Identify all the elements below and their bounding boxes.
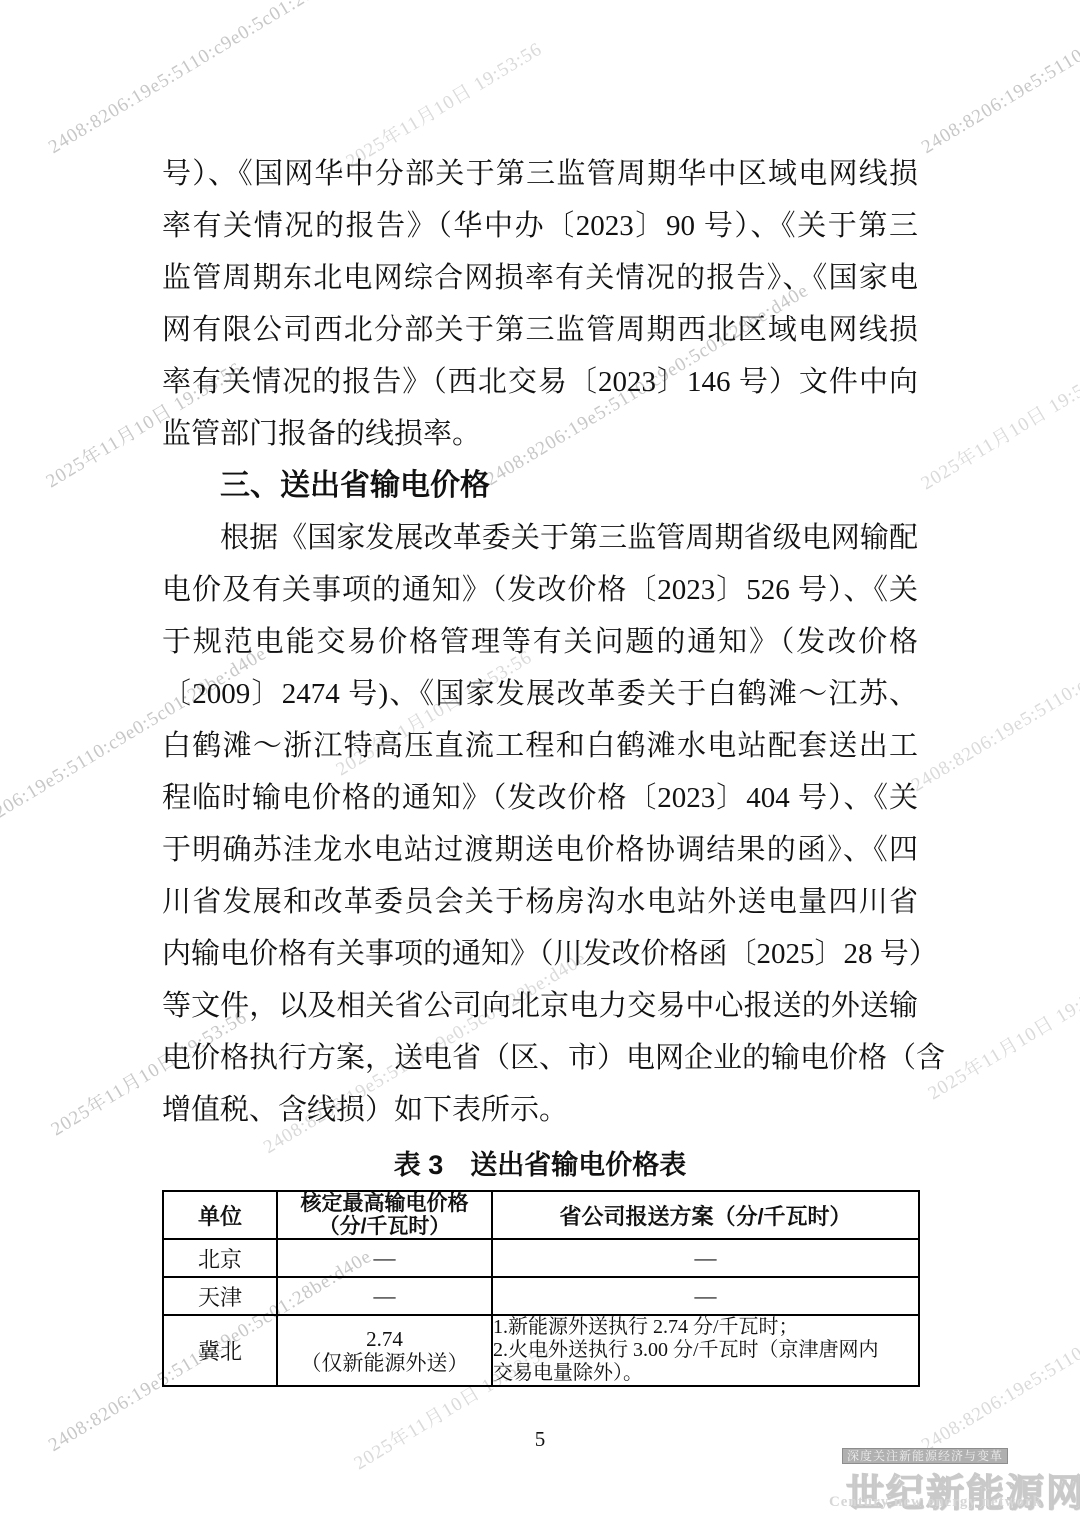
plan-line: 2.火电外送执行 3.00 分/千瓦时（京津唐网内 [493,1339,918,1362]
plan-line: 交易电量除外）。 [493,1362,918,1385]
body-line: 号）、《国网华中分部关于第三监管周期华中区域电网线损 [162,148,918,200]
cell-approved-price: — [277,1277,492,1315]
watermark-ip-address: 2408:8206:19e5:5110:c9e0:5c01:28be:d40e [908,586,1080,797]
body-line: 率有关情况的报告》（华中办〔2023〕90 号）、《关于第三 [162,200,918,252]
body-line: 电价格执行方案，送电省（区、市）电网企业的输电价格（含 [162,1032,918,1084]
col-header-approved-price: 核定最高输电价格 （分/千瓦时） [277,1191,492,1239]
table-caption: 表 3 送出省输电价格表 [162,1143,918,1182]
body-line: 网有限公司西北分部关于第三监管周期西北区域电网线损 [162,304,918,356]
body-line: 根据《国家发展改革委关于第三监管周期省级电网输配 [162,512,918,564]
watermark-ip-address: 2408:8206:19e5:5110:c9e0:5c01:28be:d40e [45,0,376,159]
body-line: 率有关情况的报告》（西北交易〔2023〕146 号）文件中向 [162,356,918,408]
body-line: 川省发展和改革委员会关于杨房沟水电站外送电量四川省 [162,876,918,928]
cell-approved-price: — [277,1239,492,1277]
plan-line: 1.新能源外送执行 2.74 分/千瓦时； [493,1316,918,1339]
col-header-plan: 省公司报送方案（分/千瓦时） [492,1191,919,1239]
section-heading: 三、送出省输电价格 [162,460,918,512]
body-line: 等文件，以及相关省公司向北京电力交易中心报送的外送输 [162,980,918,1032]
col-header-unit: 单位 [163,1191,277,1239]
body-line: 监管部门报备的线损率。 [162,408,918,460]
cell-unit: 北京 [163,1239,277,1277]
table-row-tianjin: 天津 — — [163,1277,919,1315]
body-line: 增值税、含线损）如下表所示。 [162,1084,918,1136]
document-page: 2408:8206:19e5:5110:c9e0:5c01:28be:d40e … [0,0,1080,1527]
price-table: 单位 核定最高输电价格 （分/千瓦时） 省公司报送方案（分/千瓦时） 北京 — … [162,1190,920,1387]
cell-plan: — [492,1239,919,1277]
document-body: 号）、《国网华中分部关于第三监管周期华中区域电网线损 率有关情况的报告》（华中办… [162,148,918,1136]
cell-unit: 冀北 [163,1315,277,1386]
col-header-approved-line2: （分/千瓦时） [278,1215,491,1238]
table-row-jibei: 冀北 2.74 （仅新能源外送） 1.新能源外送执行 2.74 分/千瓦时； 2… [163,1315,919,1386]
watermark-timestamp: 2025年11月10日 19:53:56 [922,966,1080,1105]
watermark-ip-address: 2408:8206:19e5:5110:c9e0:5c01:28be:d40e [918,0,1080,159]
cell-unit: 天津 [163,1277,277,1315]
watermark-ip-address: 2408:8206:19e5:5110:c9e0:5c01:28be:d40e [918,1246,1080,1457]
table-row-beijing: 北京 — — [163,1239,919,1277]
body-line: 监管周期东北电网综合网损率有关情况的报告》、《国家电 [162,252,918,304]
cell-plan: 1.新能源外送执行 2.74 分/千瓦时； 2.火电外送执行 3.00 分/千瓦… [492,1315,919,1386]
body-line: 白鹤滩～浙江特高压直流工程和白鹤滩水电站配套送出工 [162,720,918,772]
body-line: 于明确苏洼龙水电站过渡期送电价格协调结果的函》、《四 [162,824,918,876]
logo-subtitle: Century new energy network [829,1494,1042,1511]
body-line: 程临时输电价格的通知》（发改价格〔2023〕404 号）、《关 [162,772,918,824]
body-line: 电价及有关事项的通知》（发改价格〔2023〕526 号）、《关 [162,564,918,616]
cell-approved-price: 2.74 （仅新能源外送） [277,1315,492,1386]
body-line: 内输电价格有关事项的通知》（川发改价格函〔2025〕28 号） [162,928,918,980]
approved-price-note: （仅新能源外送） [278,1351,491,1375]
approved-price-value: 2.74 [278,1327,491,1351]
body-line: 于规范电能交易价格管理等有关问题的通知》（发改价格 [162,616,918,668]
body-line: 〔2009〕2474 号)、《国家发展改革委关于白鹤滩～江苏、 [162,668,918,720]
table-header-row: 单位 核定最高输电价格 （分/千瓦时） 省公司报送方案（分/千瓦时） [163,1191,919,1239]
cell-plan: — [492,1277,919,1315]
watermark-timestamp: 2025年11月10日 19:53:56 [915,356,1080,495]
col-header-approved-line1: 核定最高输电价格 [278,1192,491,1215]
